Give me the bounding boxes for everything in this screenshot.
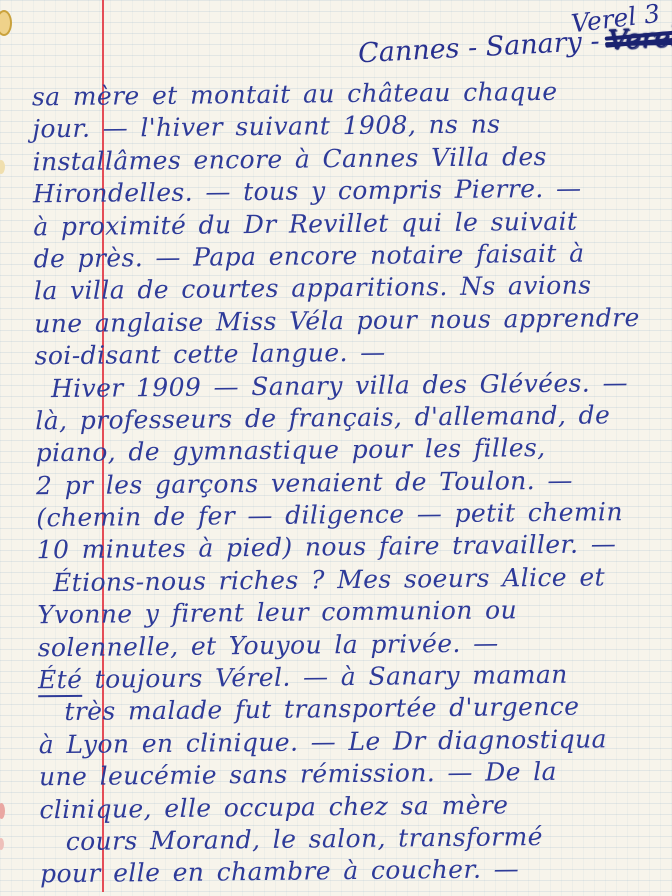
handwriting-line: pour elle en chambre à coucher. — <box>40 852 672 891</box>
handwriting-line-rest: toujours Vérel. — à Sanary maman <box>82 660 568 694</box>
handwriting-line: une anglaise Miss Véla pour nous apprend… <box>34 301 666 340</box>
manuscript-page: Verel 3 Cannes - Sanary - Verel sa mère … <box>0 0 672 896</box>
binding-mark <box>0 838 4 850</box>
binding-mark <box>0 10 12 36</box>
binding-mark <box>0 160 5 174</box>
page-title: Cannes - Sanary - Verel <box>357 22 672 70</box>
handwritten-body: sa mère et montait au château chaque jou… <box>32 75 672 891</box>
page-title-text: Cannes - Sanary - <box>357 26 600 70</box>
handwriting-line: à Lyon en clinique. — Le Dr diagnostiqua <box>39 722 671 761</box>
underlined-word: Été <box>38 665 83 697</box>
handwriting-line: Étions-nous riches ? Mes soeurs Alice et <box>37 561 669 600</box>
struck-out-word: Verel <box>607 22 672 57</box>
binding-mark <box>0 803 5 819</box>
